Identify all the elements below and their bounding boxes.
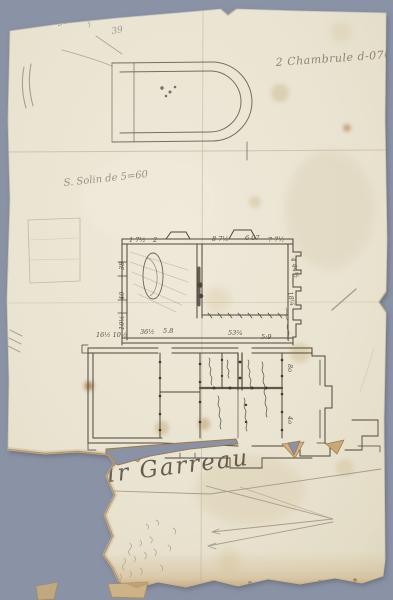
scanned-drawing-canvas: 2 Chambrule d-070 S. Solin de 5=60 36 39… — [0, 0, 393, 600]
dim-label: 8 7½ — [212, 235, 229, 243]
dim-label: 1 7½ — [129, 236, 146, 244]
dim-label: 16½ 10½ — [96, 331, 127, 339]
bottom-deckle-band — [8, 552, 388, 588]
paper-fragment — [36, 582, 58, 600]
dim-label: 38 — [118, 262, 126, 270]
dim-label: 53¾ — [228, 329, 243, 337]
dim-label: 5.8 — [163, 327, 173, 335]
dim-label: 7 7½ — [268, 235, 285, 244]
dim-label: 10½ — [118, 315, 126, 330]
drawing-svg: 2 Chambrule d-070 S. Solin de 5=60 36 39… — [0, 0, 393, 600]
dim-label: 40 — [118, 292, 126, 301]
dim-label: 4o — [286, 415, 294, 424]
dim-label: 8o — [286, 364, 294, 372]
dim-label: 36½ — [140, 328, 155, 336]
dim-label: 5:9 — [261, 333, 271, 341]
dim-label: 2 — [152, 236, 157, 244]
corner-scribble: 39 — [111, 25, 124, 37]
dim-label: 6 07 — [245, 234, 260, 242]
